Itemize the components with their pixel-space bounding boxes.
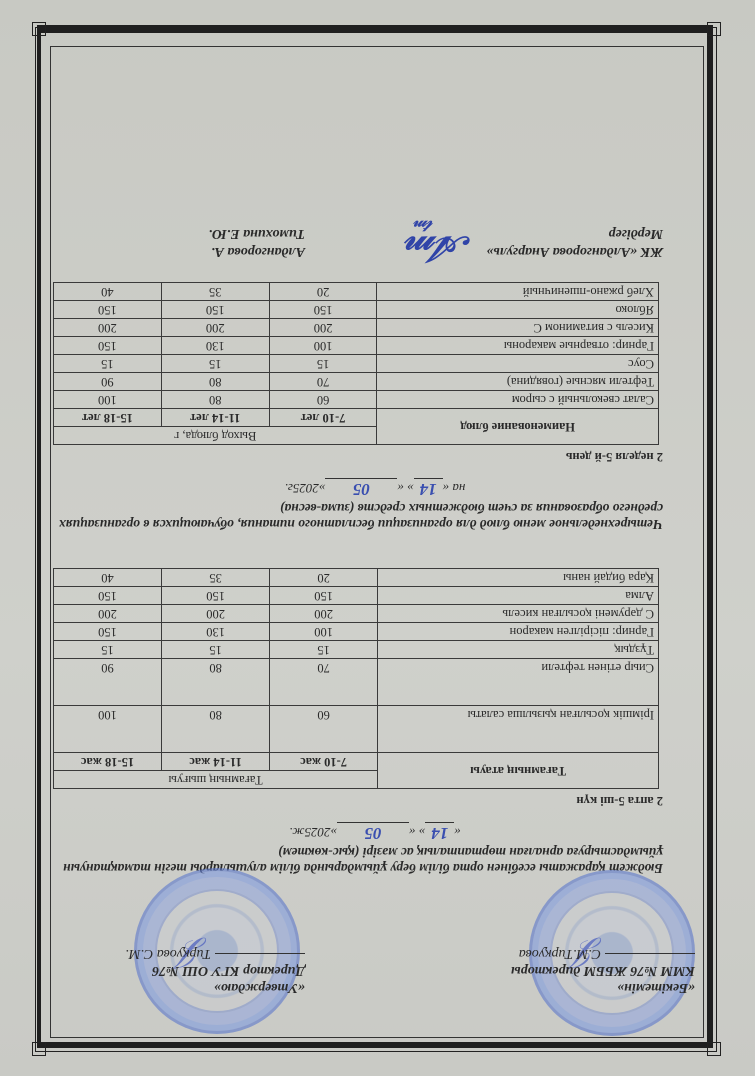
portion-group-header: Выход блюда, г	[54, 427, 378, 445]
age-header: 7-10 лет	[269, 409, 377, 427]
portion-grams-cell: 60	[270, 706, 378, 753]
portion-grams-cell: 200	[162, 605, 270, 623]
portion-grams-cell: 40	[54, 569, 162, 587]
portion-grams-cell: 90	[54, 373, 162, 391]
kazakh-date-line: «14» «05»2025ж.	[55, 822, 695, 843]
portion-grams-cell: 100	[269, 337, 377, 355]
approval-name: С.М.Тирқуова	[519, 946, 601, 961]
dish-name-cell: Тефтели мясные (говядина)	[377, 373, 659, 391]
table-row: Гарнир: отварные макароны100130150	[54, 337, 659, 355]
russian-menu-table: Наименование блюд Выход блюда, г 7-10 ле…	[53, 282, 659, 445]
dish-name-header: Тағамның атауы	[378, 753, 659, 789]
frame-corner-ornament	[707, 1042, 721, 1056]
date-suffix: »2025ж.	[289, 825, 337, 840]
contractor-signature-block: ЖК «Алдангорова Анаргуль» Мердігер 𝒜𝓂 𝓉𝓂…	[55, 190, 695, 270]
portion-grams-cell: 15	[269, 355, 377, 373]
dish-name-cell: Салат свекольный с сыром	[377, 391, 659, 409]
document-content: 𝒥 𝒥 «Бекітемін» КММ №76 ЖББМ директоры С…	[55, 190, 695, 1036]
portion-grams-cell: 15	[270, 641, 378, 659]
portion-grams-cell: 20	[270, 569, 378, 587]
portion-grams-cell: 35	[161, 283, 269, 301]
portion-grams-cell: 150	[54, 587, 162, 605]
portion-grams-cell: 200	[54, 605, 162, 623]
portion-grams-cell: 70	[270, 659, 378, 706]
dish-name-cell: Ірімшік қосылған қызылша салаты	[378, 706, 659, 753]
approval-header: 𝒥 𝒥 «Бекітемін» КММ №76 ЖББМ директоры С…	[55, 876, 695, 1036]
portion-grams-cell: 200	[270, 605, 378, 623]
table-row: Сиыр етінен тефтели708090	[54, 659, 659, 706]
table-row: Салат свекольный с сыром6080100	[54, 391, 659, 409]
portion-grams-cell: 80	[161, 391, 269, 409]
portion-grams-cell: 40	[54, 283, 162, 301]
table-row: Яблоко150150150	[54, 301, 659, 319]
dish-name-cell: Хлеб ржано-пшеничный	[377, 283, 659, 301]
signer-name: Тимохина Е.Ю.	[209, 224, 306, 242]
age-header: 15-18 жас	[54, 753, 162, 771]
portion-grams-cell: 15	[54, 355, 162, 373]
contractor-role: Мердігер	[486, 224, 663, 242]
document-sheet: 𝒥 𝒥 «Бекітемін» КММ №76 ЖББМ директоры С…	[0, 0, 755, 1076]
contractor-company: ЖК «Алдангорова Анаргуль»	[486, 242, 663, 260]
date-separator: » «	[397, 481, 413, 496]
signature-line	[215, 953, 305, 954]
approval-heading: «Бекітемін»	[455, 979, 695, 996]
date-month: 05	[337, 822, 409, 843]
kazakh-menu-table: Тағамның атауы Тағамның шығуы 7-10 жас 1…	[53, 568, 659, 789]
age-header: 11-14 жас	[162, 753, 270, 771]
portion-grams-cell: 90	[54, 659, 162, 706]
portion-grams-cell: 100	[54, 391, 162, 409]
dish-name-header: Наименование блюд	[377, 409, 659, 445]
portion-grams-cell: 15	[161, 355, 269, 373]
russian-date-line: на «14» «05»2025г.	[55, 478, 695, 499]
portion-grams-cell: 80	[162, 659, 270, 706]
table-row: Соус151515	[54, 355, 659, 373]
table-row: Тефтели мясные (говядина)708090	[54, 373, 659, 391]
portion-grams-cell: 130	[162, 623, 270, 641]
kazakh-day-label: 2 апта 5-ші күн	[55, 793, 663, 808]
date-prefix: на «	[443, 481, 466, 496]
date-prefix: «	[454, 825, 461, 840]
portion-grams-cell: 35	[162, 569, 270, 587]
dish-name-cell: Кисель с витамином С	[377, 319, 659, 337]
signature-line	[605, 953, 695, 954]
portion-grams-cell: 200	[161, 319, 269, 337]
signer-name: Алдангорова А.	[209, 242, 306, 260]
portion-grams-cell: 200	[269, 319, 377, 337]
portion-grams-cell: 150	[161, 301, 269, 319]
date-month: 05	[325, 478, 397, 499]
table-row: Ірімшік қосылған қызылша салаты6080100	[54, 706, 659, 753]
portion-grams-cell: 70	[269, 373, 377, 391]
dish-name-cell: Соус	[377, 355, 659, 373]
dish-name-cell: Гарнир: отварные макароны	[377, 337, 659, 355]
approval-position: КММ №76 ЖББМ директоры	[455, 962, 695, 979]
dish-name-cell: Яблоко	[377, 301, 659, 319]
dish-name-cell: С дәрумені қосылған кисель	[378, 605, 659, 623]
portion-grams-cell: 150	[54, 623, 162, 641]
portion-grams-cell: 130	[161, 337, 269, 355]
date-day: 14	[425, 822, 454, 843]
kazakh-menu-title: Бюджет қаражаты есебінен орта білім беру…	[55, 844, 663, 876]
table-row: Алма150150150	[54, 587, 659, 605]
date-day: 14	[414, 478, 443, 499]
frame-corner-ornament	[707, 22, 721, 36]
table-row: Хлеб ржано-пшеничный203540	[54, 283, 659, 301]
table-row: Қара бидай наны203540	[54, 569, 659, 587]
portion-grams-cell: 150	[162, 587, 270, 605]
portion-grams-cell: 100	[54, 706, 162, 753]
age-header: 7-10 жас	[270, 753, 378, 771]
approval-heading: «Утверждаю»	[65, 979, 305, 996]
table-row: Кисель с витамином С200200200	[54, 319, 659, 337]
frame-corner-ornament	[32, 1042, 46, 1056]
table-row: Тұздық151515	[54, 641, 659, 659]
russian-day-label: 2 неделя 5-й день	[55, 449, 663, 464]
portion-grams-cell: 15	[162, 641, 270, 659]
age-header: 15-18 лет	[54, 409, 162, 427]
portion-grams-cell: 80	[162, 706, 270, 753]
dish-name-cell: Тұздық	[378, 641, 659, 659]
approval-block-russian: «Утверждаю» Директор КГУ ОШ №76 Тирқуова…	[65, 945, 305, 996]
approval-position: Директор КГУ ОШ №76	[65, 962, 305, 979]
age-header: 11-14 лет	[161, 409, 269, 427]
approval-name: Тирқуова С.М.	[125, 946, 211, 961]
portion-grams-cell: 150	[54, 337, 162, 355]
portion-grams-cell: 80	[161, 373, 269, 391]
portion-grams-cell: 15	[54, 641, 162, 659]
approval-block-kazakh: «Бекітемін» КММ №76 ЖББМ директоры С.М.Т…	[455, 945, 695, 996]
table-row: Гарнир: пісірілген макарон100130150	[54, 623, 659, 641]
signers: Алдангорова А. Тимохина Е.Ю.	[209, 224, 306, 260]
date-suffix: »2025г.	[285, 481, 326, 496]
dish-name-cell: Алма	[378, 587, 659, 605]
portion-grams-cell: 150	[54, 301, 162, 319]
portion-grams-cell: 200	[54, 319, 162, 337]
contractor-info: ЖК «Алдангорова Анаргуль» Мердігер	[486, 224, 663, 260]
portion-grams-cell: 60	[269, 391, 377, 409]
portion-grams-cell: 150	[270, 587, 378, 605]
dish-name-cell: Қара бидай наны	[378, 569, 659, 587]
frame-corner-ornament	[32, 22, 46, 36]
portion-group-header: Тағамның шығуы	[54, 771, 378, 789]
handwritten-signature-icon: 𝓉𝓂	[414, 216, 433, 236]
portion-grams-cell: 100	[270, 623, 378, 641]
portion-grams-cell: 20	[269, 283, 377, 301]
dish-name-cell: Гарнир: пісірілген макарон	[378, 623, 659, 641]
dish-name-cell: Сиыр етінен тефтели	[378, 659, 659, 706]
date-separator: » «	[409, 825, 425, 840]
russian-menu-title: Четырехнедельное меню блюд для организац…	[55, 500, 663, 532]
portion-grams-cell: 150	[269, 301, 377, 319]
table-row: С дәрумені қосылған кисель200200200	[54, 605, 659, 623]
